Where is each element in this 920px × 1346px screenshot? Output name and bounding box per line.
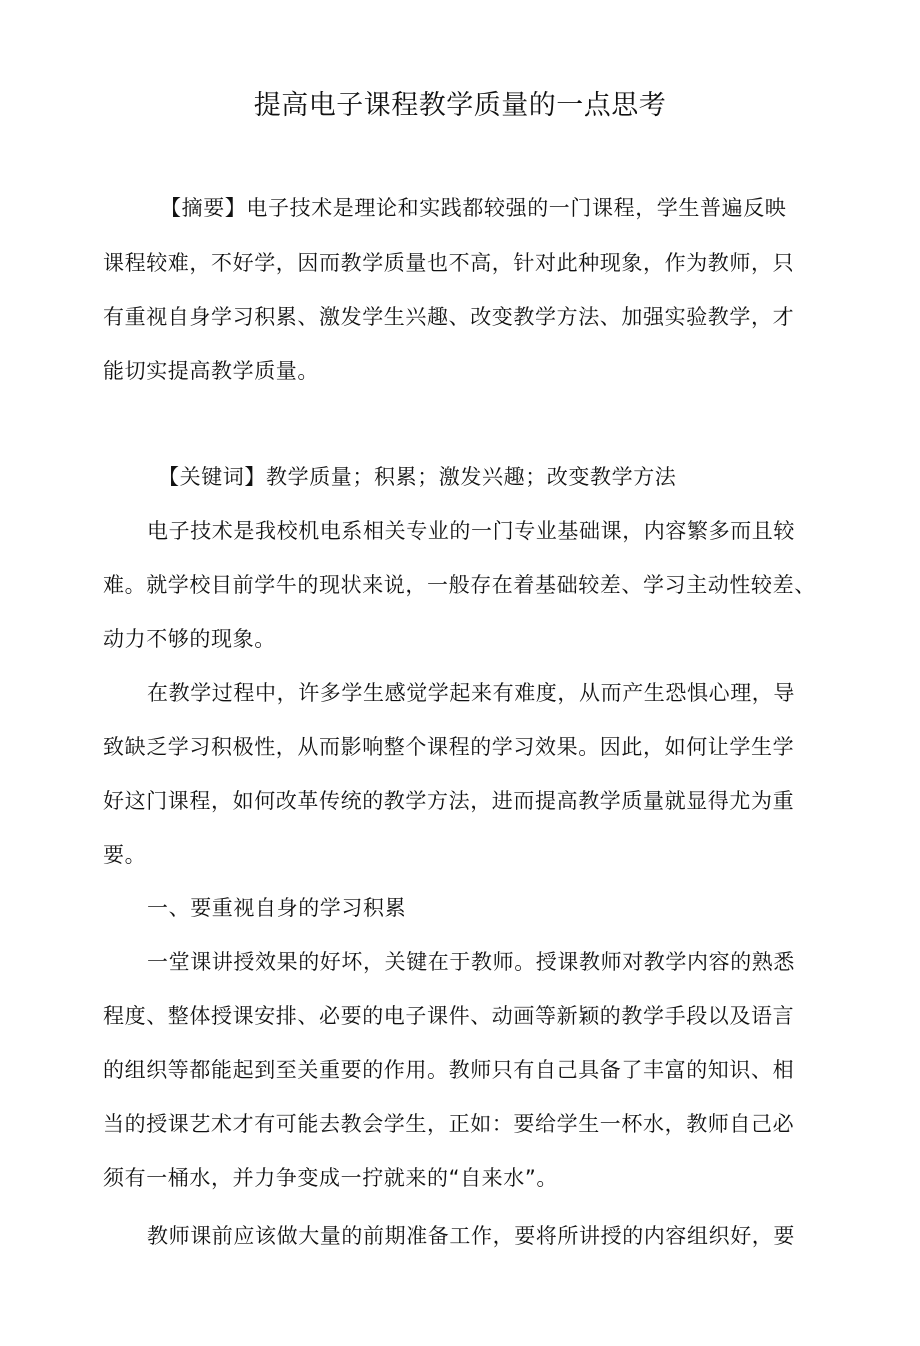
section-heading: 一、要重视自身的学习积累 [147, 894, 406, 922]
paragraph-line: 难。就学校目前学牛的现状来说，一般存在着基础较差、学习主动性较差、 [103, 571, 816, 599]
abstract-line: 有重视自身学习积累、激发学生兴趣、改变教学方法、加强实验教学，才 [103, 303, 794, 331]
paragraph-line: 电子技术是我校机电系相关专业的一门专业基础课，内容繁多而且较 [147, 517, 795, 545]
paragraph-line: 要。 [103, 841, 146, 869]
document-title: 提高电子课程教学质量的一点思考 [0, 88, 920, 124]
paragraph-line: 教师课前应该做大量的前期准备工作，要将所讲授的内容组织好，要 [147, 1222, 795, 1250]
document-page: 提高电子课程教学质量的一点思考 【摘要】电子技术是理论和实践都较强的一门课程，学… [0, 0, 920, 1346]
paragraph-line: 须有一桶水，并力争变成一拧就来的“自来水”。 [103, 1164, 558, 1192]
paragraph-line: 动力不够的现象。 [103, 625, 276, 653]
abstract-line: 能切实提高教学质量。 [103, 357, 319, 385]
paragraph-line: 的组织等都能起到至关重要的作用。教师只有自己具备了丰富的知识、相 [103, 1056, 794, 1084]
abstract-line: 课程较难，不好学，因而教学质量也不高，针对此种现象，作为教师，只 [103, 249, 794, 277]
paragraph-line: 一堂课讲授效果的好坏，关键在于教师。授课教师对教学内容的熟悉 [147, 948, 795, 976]
paragraph-line: 致缺乏学习积极性，从而影响整个课程的学习效果。因此，如何让学生学 [103, 733, 794, 761]
paragraph-line: 程度、整体授课安排、必要的电子课件、动画等新颖的教学手段以及语言 [103, 1002, 794, 1030]
paragraph-line: 当的授课艺术才有可能去教会学生，正如：要给学生一杯水，教师自己必 [103, 1110, 794, 1138]
paragraph-line: 好这门课程，如何改革传统的教学方法，进而提高教学质量就显得尤为重 [103, 787, 794, 815]
keywords-line: 【关键词】教学质量；积累；激发兴趣；改变教学方法 [158, 463, 676, 491]
abstract-line: 【摘要】电子技术是理论和实践都较强的一门课程，学生普遍反映 [160, 194, 786, 222]
paragraph-line: 在教学过程中，许多学生感觉学起来有难度，从而产生恐惧心理，导 [147, 679, 795, 707]
